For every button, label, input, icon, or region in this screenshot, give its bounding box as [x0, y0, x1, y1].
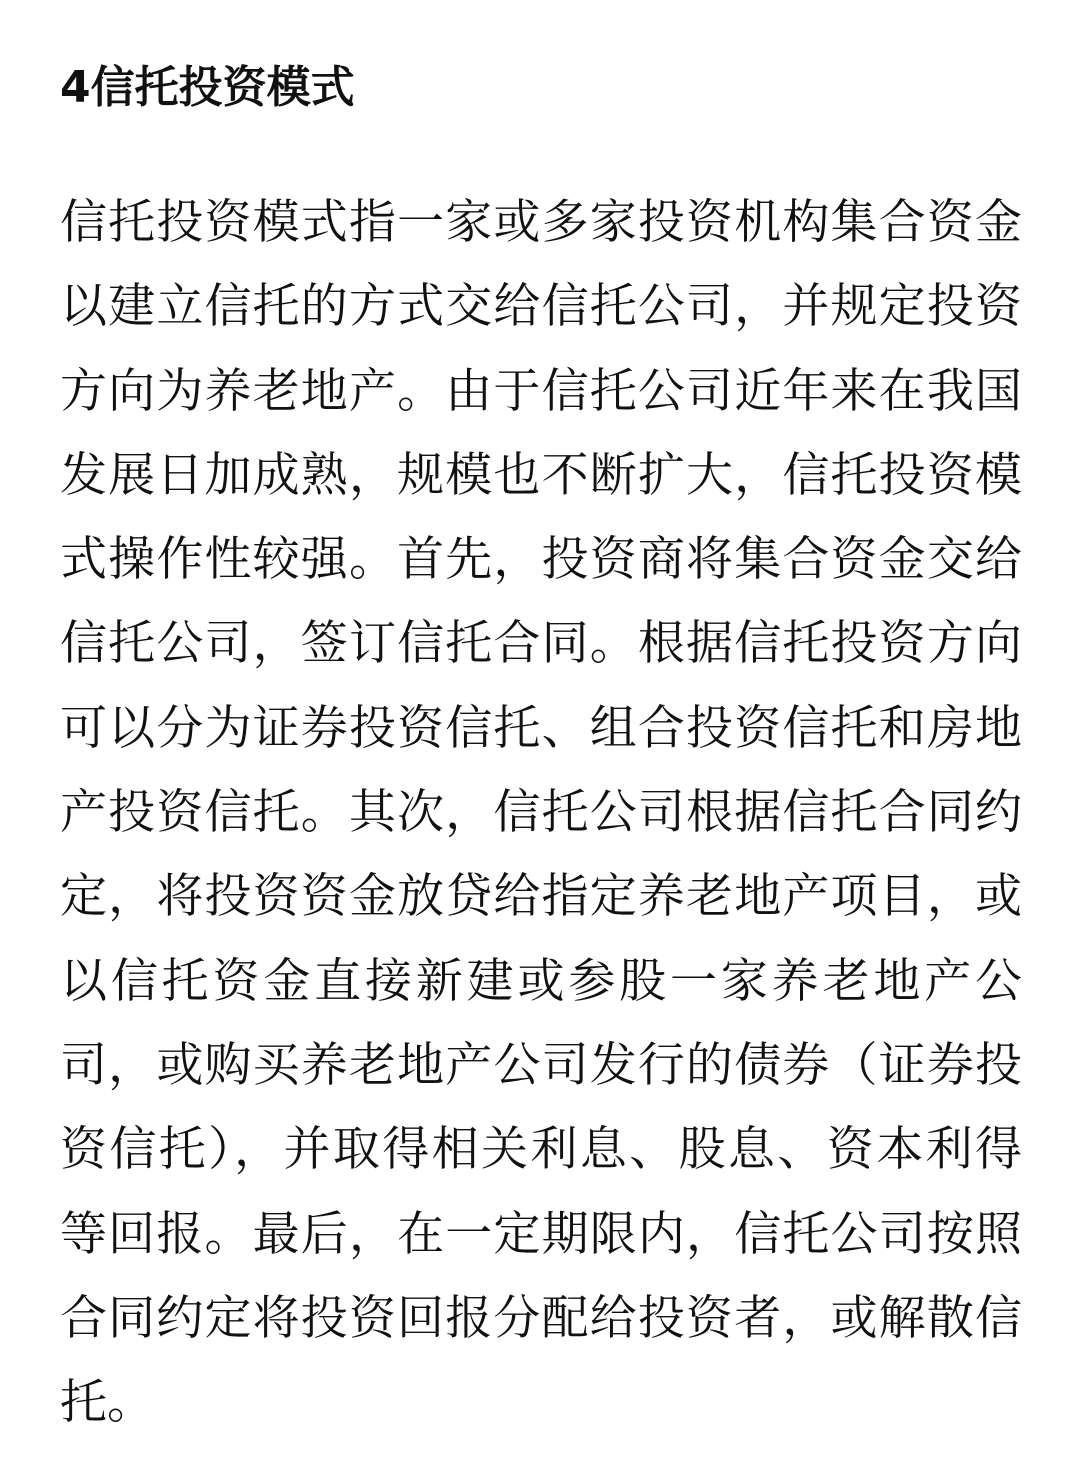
section-heading: 4信托投资模式: [60, 58, 355, 118]
paragraph-line: 可以分为证券投资信托、组合投资信托和房地: [60, 687, 1022, 771]
paragraph-line: 以建立信托的方式交给信托公司，并规定投资: [60, 265, 1022, 349]
paragraph-line: 等回报。最后，在一定期限内，信托公司按照: [60, 1193, 1022, 1277]
paragraph-line: 信托公司，签订信托合同。根据信托投资方向: [60, 602, 1022, 686]
body-paragraph: 信托投资模式指一家或多家投资机构集合资金 以建立信托的方式交给信托公司，并规定投…: [60, 181, 1022, 1445]
paragraph-line: 信托投资模式指一家或多家投资机构集合资金: [60, 181, 1022, 265]
paragraph-line: 方向为养老地产。由于信托公司近年来在我国: [60, 350, 1022, 434]
paragraph-line: 以信托资金直接新建或参股一家养老地产公: [60, 940, 1022, 1024]
paragraph-line: 产投资信托。其次，信托公司根据信托合同约: [60, 771, 1022, 855]
paragraph-line: 发展日加成熟，规模也不断扩大，信托投资模: [60, 434, 1022, 518]
paragraph-line: 式操作性较强。首先，投资商将集合资金交给: [60, 518, 1022, 602]
paragraph-line: 资信托），并取得相关利息、股息、资本利得: [60, 1108, 1022, 1192]
paragraph-line: 合同约定将投资回报分配给投资者，或解散信: [60, 1277, 1022, 1361]
paragraph-line: 司，或购买养老地产公司发行的债券（证券投: [60, 1024, 1022, 1108]
paragraph-line: 托。: [60, 1361, 1022, 1445]
paragraph-line: 定，将投资资金放贷给指定养老地产项目，或: [60, 855, 1022, 939]
